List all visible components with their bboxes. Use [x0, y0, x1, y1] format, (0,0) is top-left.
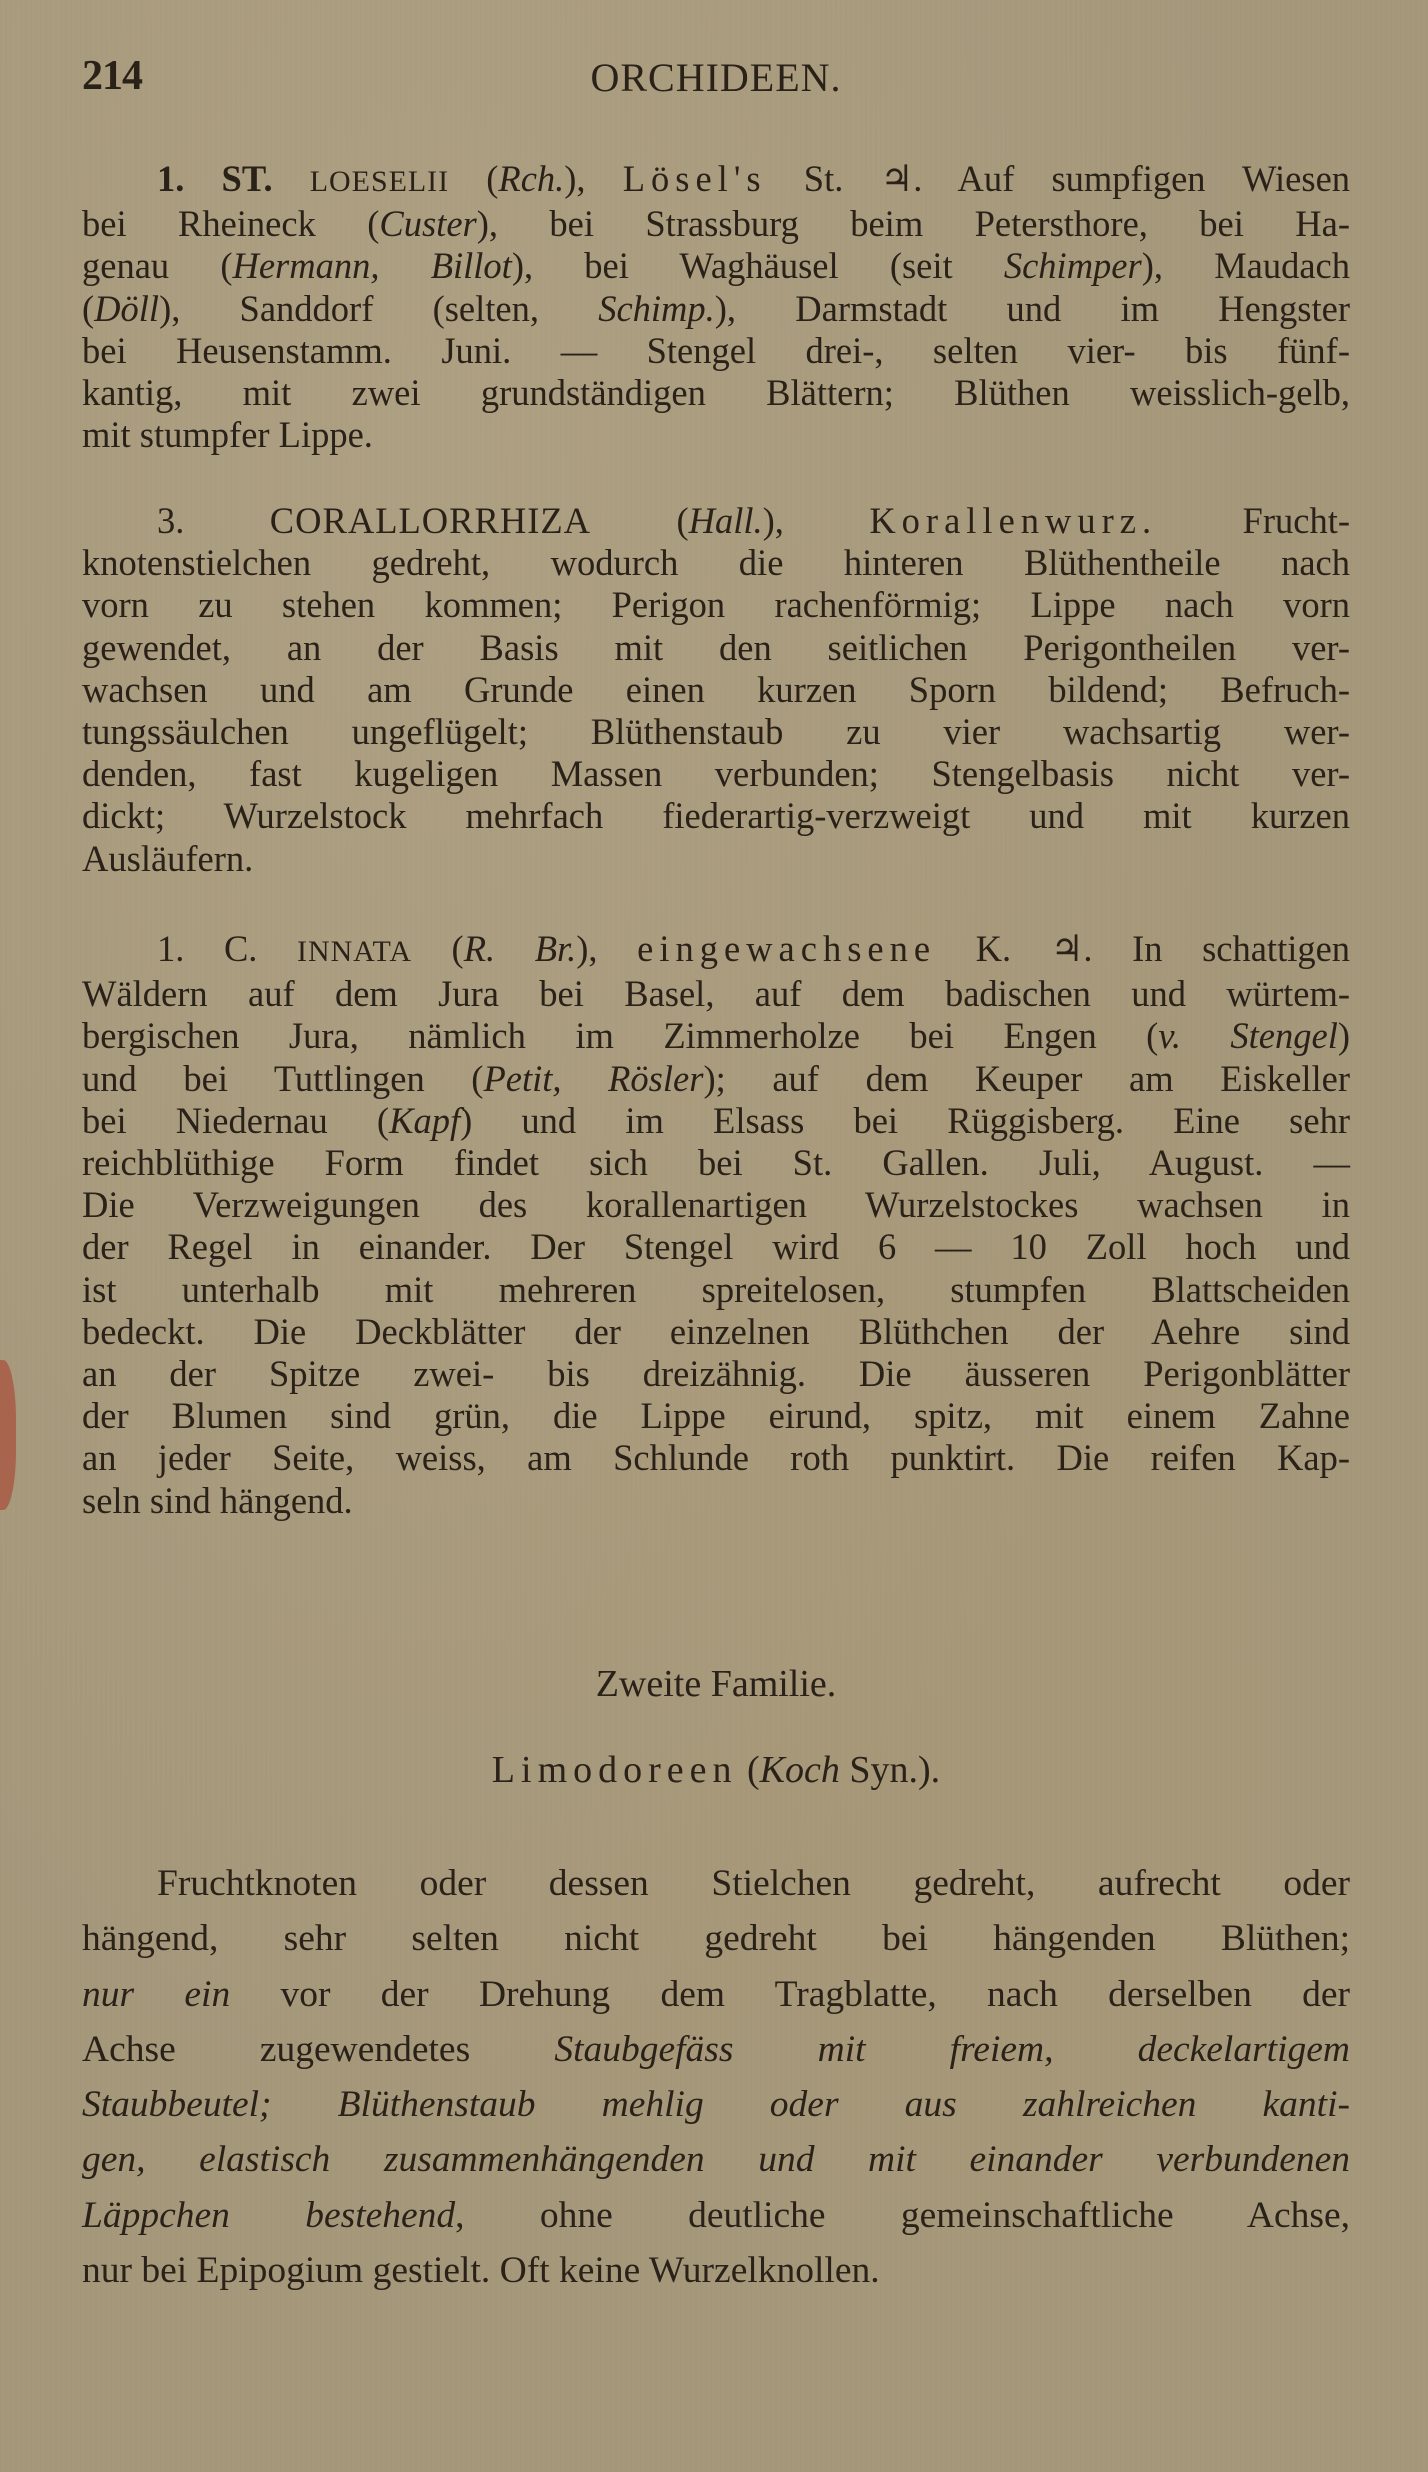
genus-entry-corallorrhiza: 3. CORALLORRHIZA (Hall.), Korallenwurz. …: [82, 500, 1350, 880]
author-citation: Koch: [760, 1749, 840, 1791]
genus-abbrev: ST.: [222, 158, 273, 199]
text-line: 1. C. INNATA (R. Br.), eingewachsene K. …: [82, 928, 1350, 973]
line-text: ): [1338, 1015, 1350, 1056]
collector-name: Custer: [379, 203, 476, 244]
text-line: vorn zu stehen kommen; Perigon rachenför…: [82, 584, 1350, 626]
text-line: 1. ST. LOESELII (Rch.), Lösel's St. ♃. A…: [82, 158, 1350, 203]
text-line: wachsen und am Grunde einen kurzen Sporn…: [82, 669, 1350, 711]
text-line: an jeder Seite, weiss, am Schlunde roth …: [82, 1437, 1350, 1479]
text-line: an der Spitze zwei- bis dreizähnig. Die …: [82, 1353, 1350, 1395]
text-line: Wäldern auf dem Jura bei Basel, auf dem …: [82, 973, 1350, 1015]
text-line: kantig, mit zwei grundständigen Blättern…: [82, 372, 1350, 414]
species-epithet: INNATA: [297, 935, 412, 968]
text-line: tungssäulchen ungeflügelt; Blüthenstaub …: [82, 711, 1350, 753]
text-line: und bei Tuttlingen (Petit, Rösler); auf …: [82, 1058, 1350, 1100]
text-line: mit stumpfer Lippe.: [82, 414, 1350, 456]
species-entry-st-loeselii: 1. ST. LOESELII (Rch.), Lösel's St. ♃. A…: [82, 158, 1350, 456]
line-text: ), Darmstadt und im Hengster: [715, 288, 1350, 329]
text-line: reichblüthige Form findet sich bei St. G…: [82, 1142, 1350, 1184]
emphasis: nur ein: [82, 1974, 230, 2015]
text-line: 3. CORALLORRHIZA (Hall.), Korallenwurz. …: [82, 500, 1350, 542]
text-line: nur bei Epipogium gestielt. Oft keine Wu…: [82, 2243, 1350, 2298]
line-text: genau (: [82, 245, 233, 286]
text-line: hängend, sehr selten nicht gedreht bei h…: [82, 1911, 1350, 1966]
paren: (: [747, 1749, 760, 1791]
line-text: ), Maudach: [1142, 245, 1350, 286]
text-line: der Blumen sind grün, die Lippe eirund, …: [82, 1395, 1350, 1437]
text-line: gewendet, an der Basis mit den seitliche…: [82, 627, 1350, 669]
species-epithet: LOESELII: [310, 165, 449, 198]
text-line: bei Heusenstamm. Juni. — Stengel drei-, …: [82, 330, 1350, 372]
emphasis: Staubgefäss mit freiem, deckelartigem: [554, 2029, 1350, 2070]
line-text: vor der Drehung dem Tragblatte, nach der…: [230, 1974, 1350, 2015]
text-line: dickt; Wurzelstock mehrfach fiederartig-…: [82, 795, 1350, 837]
family-heading: Zweite Familie.: [82, 1662, 1350, 1706]
text-line: Staubbeutel; Blüthenstaub mehlig oder au…: [82, 2077, 1350, 2132]
running-title: ORCHIDEEN.: [82, 54, 1350, 101]
line-text: K. ♃. In schattigen: [976, 928, 1350, 969]
common-name: Korallenwurz.: [869, 500, 1157, 541]
author-citation: Hall.: [689, 500, 763, 541]
text-line: genau (Hermann, Billot), bei Waghäusel (…: [82, 245, 1350, 287]
line-text: , ohne deutliche gemeinschaftliche Achse…: [455, 2195, 1350, 2236]
text-line: Fruchtknoten oder dessen Stielchen gedre…: [82, 1856, 1350, 1911]
text-line: bedeckt. Die Deckblätter der einzelnen B…: [82, 1311, 1350, 1353]
collector-name: Petit, Rösler: [483, 1058, 703, 1099]
common-name: eingewachsene: [637, 928, 936, 969]
line-text: und bei Tuttlingen (: [82, 1058, 483, 1099]
common-name: Lösel's: [623, 158, 767, 199]
line-text: St. ♃. Auf sumpfigen Wiesen: [804, 158, 1350, 199]
line-text: ), Sanddorf (selten,: [159, 288, 598, 329]
line-text: bergischen Jura, nämlich im Zimmerholze …: [82, 1015, 1158, 1056]
genus-name: CORALLORRHIZA: [270, 500, 591, 541]
collector-name: Schimp.: [598, 288, 715, 329]
line-text: bei Niedernau (: [82, 1100, 389, 1141]
text-line: gen, elastisch zusammenhängenden und mit…: [82, 2132, 1350, 2187]
text-line: bei Rheineck (Custer), bei Strassburg be…: [82, 203, 1350, 245]
family-description: Fruchtknoten oder dessen Stielchen gedre…: [82, 1856, 1350, 2298]
collector-name: v. Stengel: [1158, 1015, 1338, 1056]
line-text: ) und im Elsass bei Rüggisberg. Eine seh…: [460, 1100, 1350, 1141]
text-line: seln sind hängend.: [82, 1480, 1350, 1522]
text-line: Läppchen bestehend, ohne deutliche gemei…: [82, 2188, 1350, 2243]
line-text: Frucht-: [1243, 500, 1350, 541]
collector-name: Hermann, Billot: [233, 245, 512, 286]
text-line: nur ein vor der Drehung dem Tragblatte, …: [82, 1967, 1350, 2022]
line-text: ), bei Waghäusel (seit: [512, 245, 1004, 286]
text-line: Ausläufern.: [82, 838, 1350, 880]
author-citation: R. Br.: [464, 928, 577, 969]
text-line: bergischen Jura, nämlich im Zimmerholze …: [82, 1015, 1350, 1057]
line-text: (: [82, 288, 94, 329]
species-entry-c-innata: 1. C. INNATA (R. Br.), eingewachsene K. …: [82, 928, 1350, 1522]
text-line: bei Niedernau (Kapf) und im Elsass bei R…: [82, 1100, 1350, 1142]
family-title: Limodoreen (Koch Syn.).: [82, 1748, 1350, 1792]
emphasis: gen, elastisch zusammenhängenden und mit…: [82, 2139, 1350, 2180]
text-line: ist unterhalb mit mehreren spreitelosen,…: [82, 1269, 1350, 1311]
text-line: der Regel in einander. Der Stengel wird …: [82, 1226, 1350, 1268]
species-number: 1.: [157, 158, 184, 199]
text-line: Achse zugewendetes Staubgefäss mit freie…: [82, 2022, 1350, 2077]
text-line: Die Verzweigungen des korallenartigen Wu…: [82, 1184, 1350, 1226]
species-number: 1. C.: [157, 928, 257, 969]
line-text: ); auf dem Keuper am Eiskeller: [703, 1058, 1350, 1099]
running-head: 214 ORCHIDEEN.: [82, 52, 1350, 112]
genus-number: 3.: [157, 500, 184, 541]
text-line: knotenstielchen gedreht, wodurch die hin…: [82, 542, 1350, 584]
text-line: (Döll), Sanddorf (selten, Schimp.), Darm…: [82, 288, 1350, 330]
text-line: denden, fast kugeligen Massen verbunden;…: [82, 753, 1350, 795]
line-text: Achse zugewendetes: [82, 2029, 554, 2070]
author-citation: Rch.: [498, 158, 564, 199]
collector-name: Kapf: [389, 1100, 460, 1141]
emphasis: Läppchen bestehend: [82, 2195, 455, 2236]
family-name: Limodoreen: [492, 1749, 738, 1791]
emphasis: Staubbeutel; Blüthenstaub mehlig oder au…: [82, 2084, 1350, 2125]
collector-name: Döll: [94, 288, 159, 329]
line-text: bei Rheineck (: [82, 203, 379, 244]
collector-name: Schimper: [1004, 245, 1142, 286]
margin-stain: [0, 1360, 16, 1510]
family-reference: Syn.).: [849, 1749, 940, 1791]
line-text: ), bei Strassburg beim Petersthore, bei …: [477, 203, 1350, 244]
